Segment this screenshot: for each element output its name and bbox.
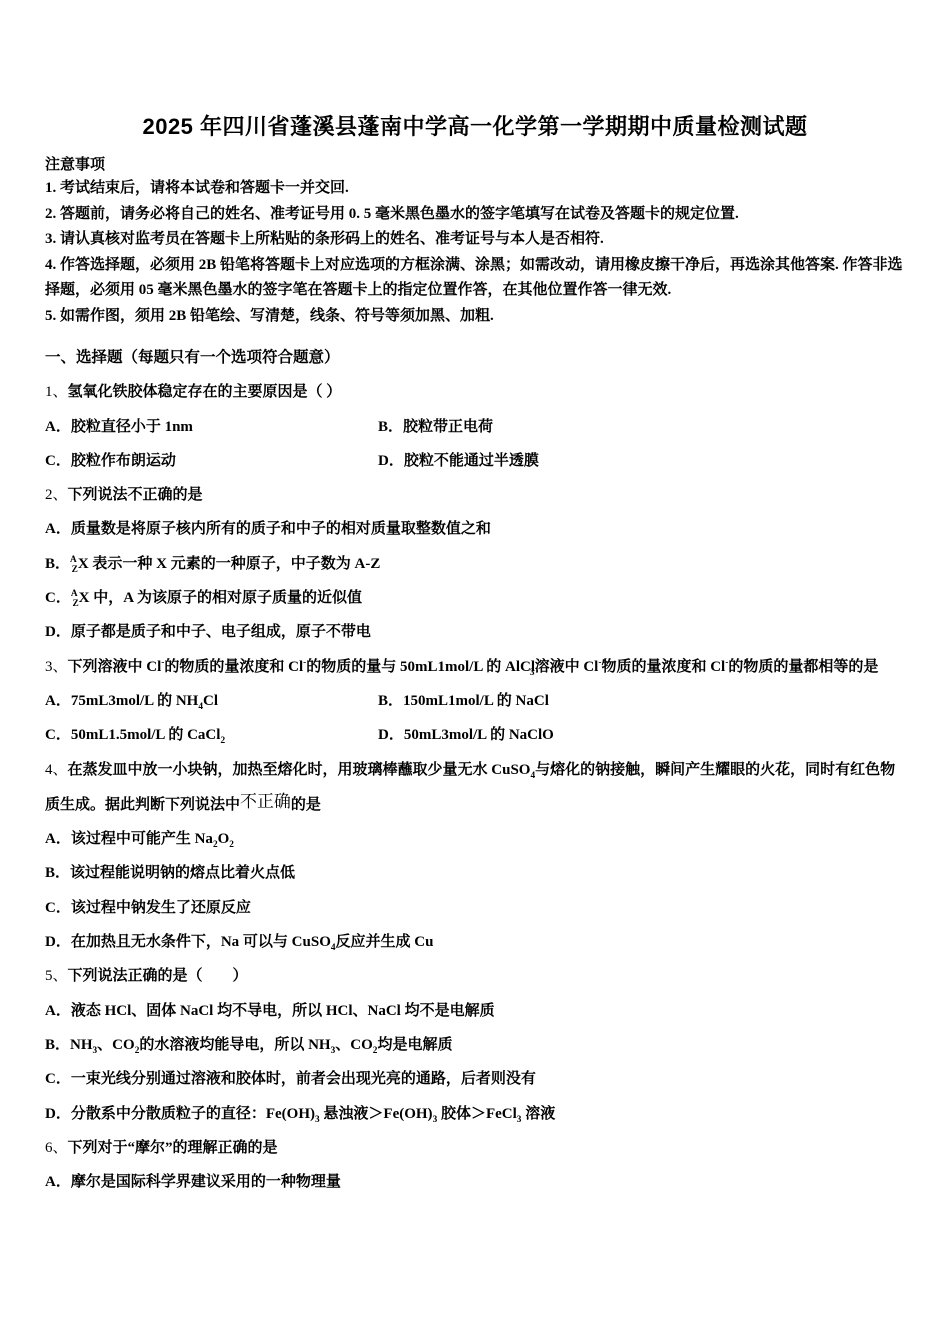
- question-2-number: 2、: [45, 487, 68, 503]
- option-label: C．: [45, 590, 71, 606]
- option-text: 胶粒带正电荷: [403, 419, 493, 435]
- question-1-number: 1、: [45, 384, 68, 400]
- option-text: 胶粒作布朗运动: [71, 453, 176, 469]
- option-text: 分散系中分散质粒子的直径：Fe(OH)3 悬浊液＞Fe(OH)3 胶体＞FeCl…: [71, 1106, 555, 1122]
- question-5-option-c: C．一束光线分别通过溶液和胶体时，前者会出现光亮的通路，后者则没有: [45, 1062, 905, 1096]
- question-5-option-a: A．液态 HCl、固体 NaCl 均不导电，所以 HCl、NaCl 均不是电解质: [45, 994, 905, 1028]
- option-label: B．: [45, 556, 70, 572]
- question-3-options-row-cd: C．50mL1.5mol/L 的 CaCl2 D．50mL3mol/L 的 Na…: [45, 718, 905, 752]
- option-text: 原子都是质子和中子、电子组成，原子不带电: [71, 624, 371, 640]
- question-2-option-a: A．质量数是将原子核内所有的质子和中子的相对质量取整数值之和: [45, 512, 905, 546]
- page-title: 2025 年四川省蓬溪县蓬南中学高一化学第一学期期中质量检测试题: [45, 112, 905, 141]
- notice-heading: 注意事项: [45, 154, 905, 176]
- option-label: A．: [45, 831, 71, 847]
- question-3-option-d: D．50mL3mol/L 的 NaClO: [378, 718, 554, 752]
- exam-page: 2025 年四川省蓬溪县蓬南中学高一化学第一学期期中质量检测试题 注意事项 1.…: [0, 0, 950, 1344]
- question-3-number: 3、: [45, 659, 68, 675]
- question-6-stem: 6、下列对于“摩尔”的理解正确的是: [45, 1131, 905, 1165]
- notice-section: 注意事项 1. 考试结束后，请将本试卷和答题卡一并交回. 2. 答题前，请务必将…: [45, 154, 905, 329]
- option-label: D．: [378, 453, 404, 469]
- option-text: 质量数是将原子核内所有的质子和中子的相对质量取整数值之和: [71, 521, 491, 537]
- notice-item-3: 3. 请认真核对监考员在答题卡上所粘贴的条形码上的姓名、准考证号与本人是否相符.: [45, 227, 905, 253]
- option-label: B．: [45, 1037, 70, 1053]
- question-1-text: 氢氧化铁胶体稳定存在的主要原因是（ ）: [68, 384, 342, 400]
- question-6-text: 下列对于“摩尔”的理解正确的是: [68, 1140, 278, 1156]
- option-label: C．: [45, 727, 71, 743]
- notice-item-1: 1. 考试结束后，请将本试卷和答题卡一并交回.: [45, 176, 905, 202]
- question-3-option-b: B．150mL1mol/L 的 NaCl: [378, 684, 549, 718]
- question-6-option-a: A．摩尔是国际科学界建议采用的一种物理量: [45, 1165, 905, 1199]
- questions-section: 一、选择题（每题只有一个选项符合题意） 1、氢氧化铁胶体稳定存在的主要原因是（ …: [45, 341, 905, 1199]
- question-3-stem: 3、下列溶液中 Cl-的物质的量浓度和 Cl-的物质的量与 50mL1mol/L…: [45, 650, 905, 684]
- option-label: A．: [45, 693, 71, 709]
- question-4-option-c: C．该过程中钠发生了还原反应: [45, 891, 905, 925]
- option-label: C．: [45, 900, 71, 916]
- option-label: A．: [45, 1003, 71, 1019]
- option-text: AZX 表示一种 X 元素的一种原子，中子数为 A-Z: [70, 556, 380, 572]
- question-5-option-d: D．分散系中分散质粒子的直径：Fe(OH)3 悬浊液＞Fe(OH)3 胶体＞Fe…: [45, 1097, 905, 1131]
- notice-item-5: 5. 如需作图，须用 2B 铅笔绘、写清楚，线条、符号等须加黑、加粗.: [45, 304, 905, 330]
- question-2-text: 下列说法不正确的是: [68, 487, 203, 503]
- question-3-options-row-ab: A．75mL3mol/L 的 NH4Cl B．150mL1mol/L 的 NaC…: [45, 684, 905, 718]
- option-label: C．: [45, 1071, 71, 1087]
- notice-item-4: 4. 作答选择题，必须用 2B 铅笔将答题卡上对应选项的方框涂满、涂黑；如需改动…: [45, 253, 905, 304]
- option-label: B．: [45, 865, 70, 881]
- page-content: 2025 年四川省蓬溪县蓬南中学高一化学第一学期期中质量检测试题 注意事项 1.…: [0, 0, 950, 1199]
- option-text: AZX 中，A 为该原子的相对原子质量的近似值: [71, 590, 362, 606]
- question-2-option-c: C．AZX 中，A 为该原子的相对原子质量的近似值: [45, 581, 905, 615]
- question-1-options-row-ab: A．胶粒直径小于 1nm B．胶粒带正电荷: [45, 410, 905, 444]
- option-text: 液态 HCl、固体 NaCl 均不导电，所以 HCl、NaCl 均不是电解质: [71, 1003, 495, 1019]
- notice-item-2: 2. 答题前，请务必将自己的姓名、准考证号用 0. 5 毫米黑色墨水的签字笔填写…: [45, 202, 905, 228]
- option-text: 50mL3mol/L 的 NaClO: [404, 727, 554, 743]
- question-1-option-c: C．胶粒作布朗运动: [45, 444, 378, 478]
- option-text: 摩尔是国际科学界建议采用的一种物理量: [71, 1174, 341, 1190]
- question-1-option-b: B．胶粒带正电荷: [378, 410, 493, 444]
- question-4-number: 4、: [45, 762, 68, 778]
- question-5-number: 5、: [45, 968, 68, 984]
- question-4-stem: 4、在蒸发皿中放一小块钠，加热至熔化时，用玻璃棒蘸取少量无水 CuSO4与熔化的…: [45, 753, 905, 823]
- option-label: D．: [45, 624, 71, 640]
- option-text: 一束光线分别通过溶液和胶体时，前者会出现光亮的通路，后者则没有: [71, 1071, 536, 1087]
- option-label: A．: [45, 521, 71, 537]
- question-2-option-b: B．AZX 表示一种 X 元素的一种原子，中子数为 A-Z: [45, 547, 905, 581]
- option-text: 胶粒直径小于 1nm: [71, 419, 193, 435]
- question-5-option-b: B．NH3、CO2的水溶液均能导电，所以 NH3、CO2均是电解质: [45, 1028, 905, 1062]
- section-heading: 一、选择题（每题只有一个选项符合题意）: [45, 341, 905, 375]
- question-1-option-d: D．胶粒不能通过半透膜: [378, 444, 539, 478]
- option-label: C．: [45, 453, 71, 469]
- option-text: 该过程能说明钠的熔点比着火点低: [70, 865, 295, 881]
- question-3-option-a: A．75mL3mol/L 的 NH4Cl: [45, 684, 378, 718]
- question-6-number: 6、: [45, 1140, 68, 1156]
- option-label: B．: [378, 419, 403, 435]
- question-4-option-a: A．该过程中可能产生 Na2O2: [45, 822, 905, 856]
- question-4-text: 在蒸发皿中放一小块钠，加热至熔化时，用玻璃棒蘸取少量无水 CuSO4与熔化的钠接…: [45, 762, 895, 813]
- option-text: NH3、CO2的水溶液均能导电，所以 NH3、CO2均是电解质: [70, 1037, 452, 1053]
- option-text: 胶粒不能通过半透膜: [404, 453, 539, 469]
- option-label: B．: [378, 693, 403, 709]
- option-text: 在加热且无水条件下，Na 可以与 CuSO4反应并生成 Cu: [71, 934, 434, 950]
- question-2-option-d: D．原子都是质子和中子、电子组成，原子不带电: [45, 615, 905, 649]
- question-1-option-a: A．胶粒直径小于 1nm: [45, 410, 378, 444]
- option-text: 该过程中钠发生了还原反应: [71, 900, 251, 916]
- question-1-options-row-cd: C．胶粒作布朗运动 D．胶粒不能通过半透膜: [45, 444, 905, 478]
- question-5-stem: 5、下列说法正确的是（ ）: [45, 959, 905, 993]
- question-4-option-b: B．该过程能说明钠的熔点比着火点低: [45, 856, 905, 890]
- question-3-option-c: C．50mL1.5mol/L 的 CaCl2: [45, 718, 378, 752]
- question-2-stem: 2、下列说法不正确的是: [45, 478, 905, 512]
- question-1-stem: 1、氢氧化铁胶体稳定存在的主要原因是（ ）: [45, 375, 905, 409]
- option-text: 50mL1.5mol/L 的 CaCl2: [71, 727, 225, 743]
- option-text: 该过程中可能产生 Na2O2: [71, 831, 234, 847]
- question-5-text: 下列说法正确的是（ ）: [68, 968, 248, 984]
- question-4-option-d: D．在加热且无水条件下，Na 可以与 CuSO4反应并生成 Cu: [45, 925, 905, 959]
- option-label: D．: [378, 727, 404, 743]
- option-label: D．: [45, 1106, 71, 1122]
- option-text: 75mL3mol/L 的 NH4Cl: [71, 693, 218, 709]
- option-label: A．: [45, 419, 71, 435]
- option-label: D．: [45, 934, 71, 950]
- question-3-text: 下列溶液中 Cl-的物质的量浓度和 Cl-的物质的量与 50mL1mol/L 的…: [68, 659, 879, 675]
- option-text: 150mL1mol/L 的 NaCl: [403, 693, 549, 709]
- option-label: A．: [45, 1174, 71, 1190]
